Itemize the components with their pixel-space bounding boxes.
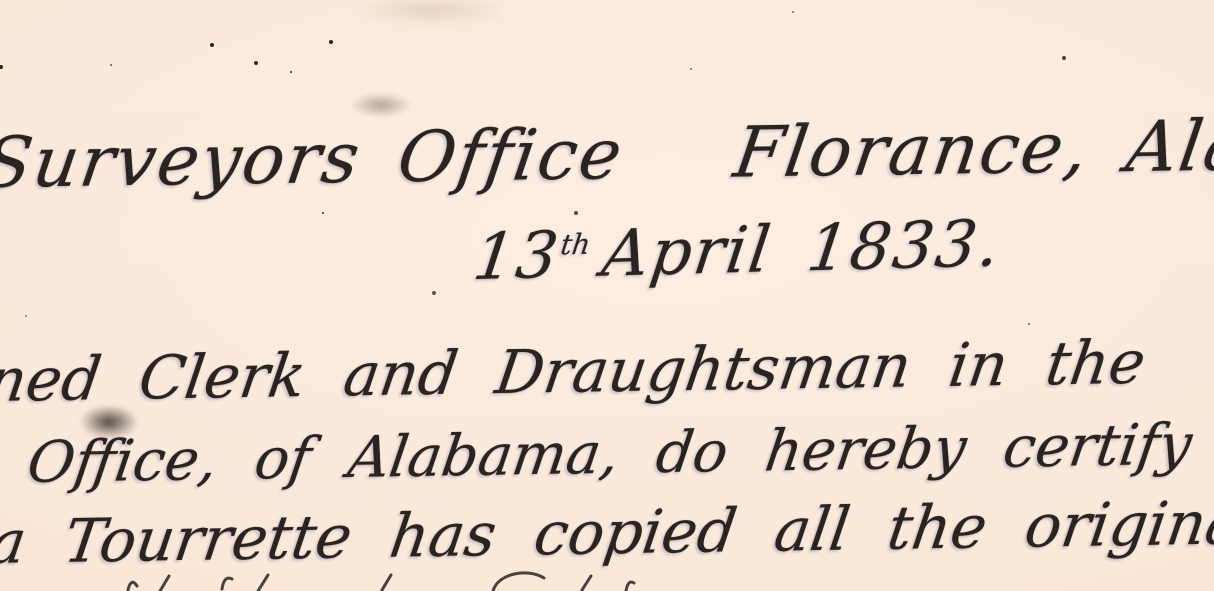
date-month-year: April 1833. [598,207,1006,292]
body-line-1: ned Clerk and Draughtsman in the [0,333,1149,411]
date-ordinal: th [559,228,593,262]
body-line-3: a Tourrette has copied all the original [0,493,1214,573]
date-day: 13 [469,219,564,296]
ink-specks [0,0,2,2]
heading-line: Surveyors OfficeFlorance, Ala. [0,110,1214,198]
body-line-2: Office, of Alabama, do hereby certify [24,417,1195,492]
date-line: 13thApril 1833. [470,212,1005,290]
cut-off-line-fragments [110,566,670,591]
heading-place-text: Florance, Ala. [729,104,1214,194]
heading-office-text: Surveyors Office [0,113,629,204]
scanned-document-page: { "colors": { "paper": "#fbe9da", "ink":… [0,0,1214,591]
paper-smudge [322,0,542,32]
